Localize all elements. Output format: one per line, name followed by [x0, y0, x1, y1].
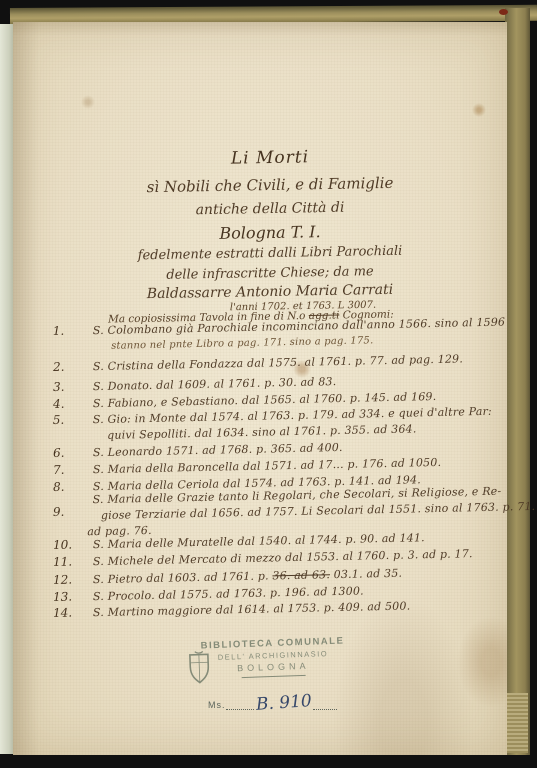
title-line-4: Bologna T. I.: [33, 219, 507, 246]
library-stamp: BIBLIOTECA COMUNALE DELL' ARCHIGINNASIO …: [177, 635, 368, 681]
entry-line-pre: S. Pietro dal 1603. ad 1761. p.: [93, 569, 273, 586]
entry-number: 14.: [53, 606, 72, 620]
entry-line-post: 03.1. ad 35.: [330, 567, 402, 582]
entry-number: 9.: [53, 505, 65, 519]
book-cover-right-edge: [505, 8, 530, 755]
dotted-leader: [226, 699, 254, 710]
archiginnasio-crest-icon: [186, 650, 213, 687]
dotted-leader: [313, 699, 337, 710]
entry-number: 2.: [53, 360, 65, 374]
entry-line-struck: 36. ad 63.: [272, 568, 330, 582]
title-line-2: sì Nobili che Civili, e di Famiglie: [33, 172, 507, 198]
title-line-1: Li Morti: [33, 144, 507, 172]
cover-wear-mark: [499, 9, 508, 15]
stamp-rule: [242, 675, 306, 678]
entry-number: 5.: [53, 413, 65, 427]
entry-number: 13.: [53, 590, 72, 604]
entry-number: 12.: [53, 573, 72, 587]
manuscript-page: Li Morti sì Nobili che Civili, e di Fami…: [13, 22, 507, 755]
shelfmark-line: Ms. B. 910: [208, 690, 368, 710]
list-item: 1. S. Colombano già Parochiale incominci…: [13, 314, 508, 356]
entry-number: 4.: [53, 397, 65, 411]
shelfmark-number: B. 910: [253, 691, 314, 715]
shelfmark-label: Ms.: [208, 700, 226, 710]
photo-background: Li Morti sì Nobili che Civili, e di Fami…: [0, 0, 537, 768]
title-line-3: antiche della Città di: [33, 197, 507, 221]
entry-number: 6.: [53, 446, 65, 460]
entry-number: 10.: [53, 538, 72, 552]
facing-page-edge: [0, 24, 13, 754]
entry-number: 1.: [53, 324, 65, 338]
entry-number: 7.: [53, 463, 65, 477]
entry-number: 11.: [53, 555, 72, 569]
entry-number: 3.: [53, 380, 65, 394]
title-line-5: fedelmente estratti dalli Libri Parochia…: [33, 242, 507, 265]
